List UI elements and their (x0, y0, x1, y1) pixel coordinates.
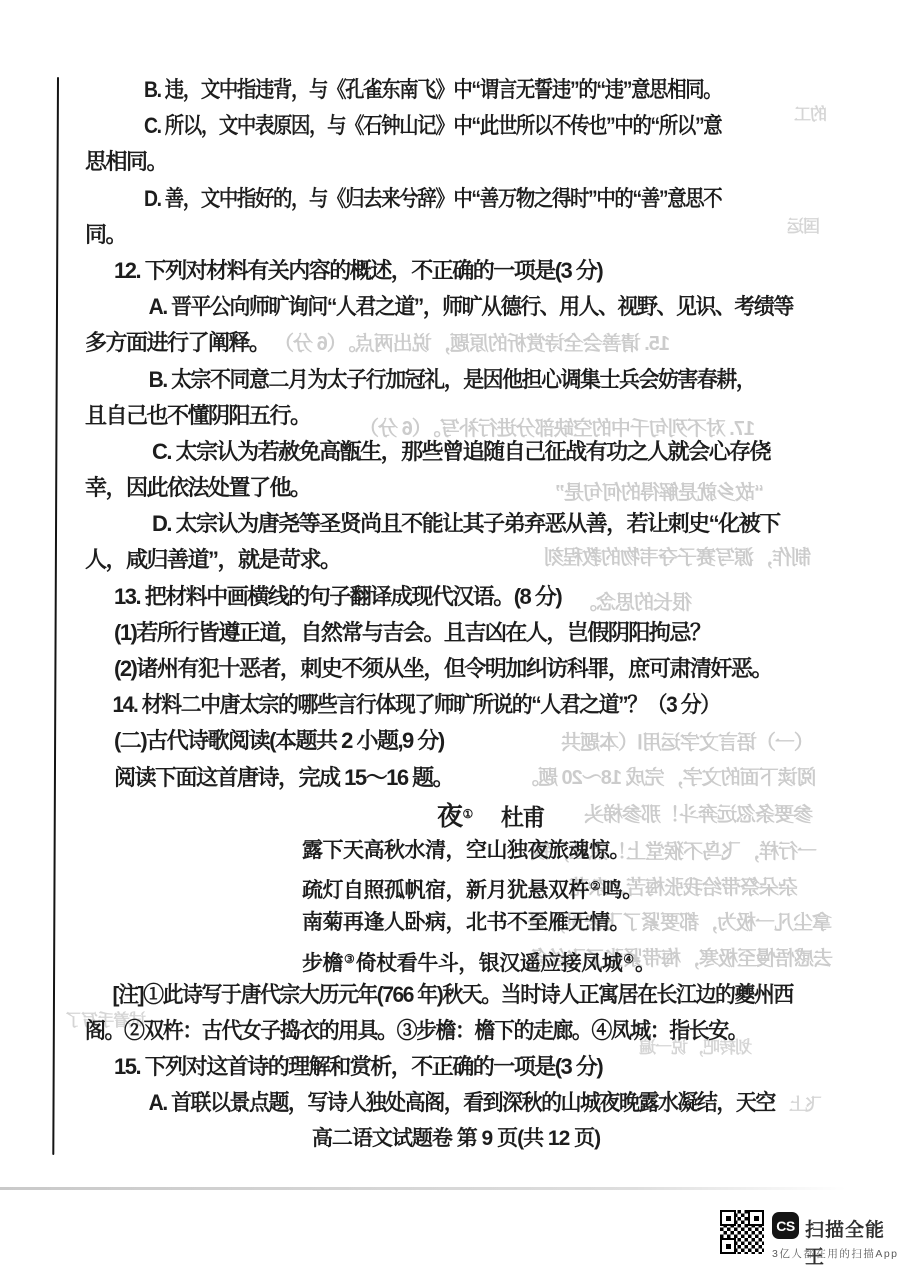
bleed-through-text: 的工 (795, 100, 827, 125)
poem-note-marker: ④ (623, 952, 634, 966)
cs-logo-icon: CS (772, 1212, 799, 1239)
option-line: A. 晋平公向师旷询问“人君之道”，师旷从德行、用人、视野、见识、考绩等 (85, 289, 761, 325)
option-line-wrap: 人，咸归善道”，就是苛求。 (85, 542, 797, 578)
instruction-line: 阅读下面这首唐诗，完成 15～16 题。 (85, 760, 797, 796)
poem-line: 疏灯自照孤帆宿，新月犹悬双杵②鸣。 (85, 868, 797, 904)
note-line: [注]①此诗写于唐代宗大历元年(766 年)秋天。当时诗人正寓居在长江边的夔州西 (85, 977, 761, 1013)
option-line-wrap: 且自己也不懂阴阳五行。 (85, 398, 797, 434)
note-line: 阁。②双杵：古代女子捣衣的用具。③步檐：檐下的走廊。④凤城：指长安。 (85, 1013, 761, 1049)
poem-line: 南菊再逢人卧病，北书不至雁无情。 (85, 904, 797, 940)
poem-title: 夜 (437, 802, 462, 832)
option-line-wrap: 同。 (85, 217, 797, 253)
qr-finder-icon (720, 1238, 736, 1254)
poem-author: 杜甫 (501, 804, 544, 831)
option-line: B. 太宗不同意二月为太子行加冠礼，是因他担心调集士兵会妨害春耕， (85, 362, 761, 398)
translation-line: (2)诸州有犯十恶者，刺史不须从坐，但令明加纠访科罪，庶可肃清奸恶。 (85, 651, 797, 687)
poem-title-line: 夜① 杜甫 (85, 796, 797, 832)
poem-line: 步檐③倚杖看牛斗，银汉遥应接凤城④。 (85, 941, 797, 977)
option-line: C. 太宗认为若赦免高甑生，那些曾追随自己征战有功之人就会心存侥 (85, 434, 797, 470)
option-line-wrap: 多方面进行了阐释。 (85, 325, 797, 361)
qr-finder-icon (720, 1210, 736, 1226)
section-heading: (二)古代诗歌阅读(本题共 2 小题,9 分) (85, 723, 797, 759)
page-bottom-edge (0, 1187, 846, 1190)
question-line: 14. 材料二中唐太宗的哪些言行体现了师旷所说的“人君之道”？（3 分） (85, 687, 761, 723)
qr-code (720, 1210, 764, 1254)
poem-note-marker: ② (590, 879, 601, 893)
page-fold-line (52, 77, 59, 1155)
question-line: 13. 把材料中画横线的句子翻译成现代汉语。(8 分) (85, 579, 797, 615)
app-tagline: 3亿人都在用的扫描App (772, 1246, 899, 1261)
option-line: C. 所以，文中表原因，与《石钟山记》中“此世所以不传也”中的“所以”意 (85, 108, 712, 144)
qr-finder-icon (748, 1210, 764, 1226)
option-line: B. 违，文中指违背，与《孔雀东南飞》中“谓言无誓违”的“违”意思相同。 (85, 72, 712, 108)
option-line: D. 太宗认为唐尧等圣贤尚且不能让其子弟弃恶从善，若让刺史“化被下 (85, 506, 797, 542)
page-footer: 高二语文试题卷 第 9 页(共 12 页) (85, 1121, 797, 1157)
poem-title-note-marker: ① (463, 807, 474, 821)
option-line-wrap: 幸，因此依法处置了他。 (85, 470, 797, 506)
option-line: A. 首联以景点题，写诗人独处高阁，看到深秋的山城夜晚露水凝结，天空 (85, 1085, 761, 1121)
camscanner-watermark: CS 扫描全能王 3亿人都在用的扫描App (720, 1208, 900, 1270)
question-line: 15. 下列对这首诗的理解和赏析，不正确的一项是(3 分) (85, 1049, 797, 1085)
exam-page: B. 违，文中指违背，与《孔雀东南飞》中“谓言无誓违”的“违”意思相同。 C. … (85, 72, 797, 1158)
option-line-wrap: 思相同。 (85, 144, 797, 180)
poem-note-marker: ③ (344, 952, 355, 966)
translation-line: (1)若所行皆遵正道，自然常与吉会。且吉凶在人，岂假阴阳拘忌？ (85, 615, 797, 651)
question-line: 12. 下列对材料有关内容的概述，不正确的一项是(3 分) (85, 253, 797, 289)
option-line: D. 善，文中指好的，与《归去来兮辞》中“善万物之得时”中的“善”意思不 (85, 181, 712, 217)
poem-line: 露下天高秋水清，空山独夜旅魂惊。 (85, 832, 797, 868)
